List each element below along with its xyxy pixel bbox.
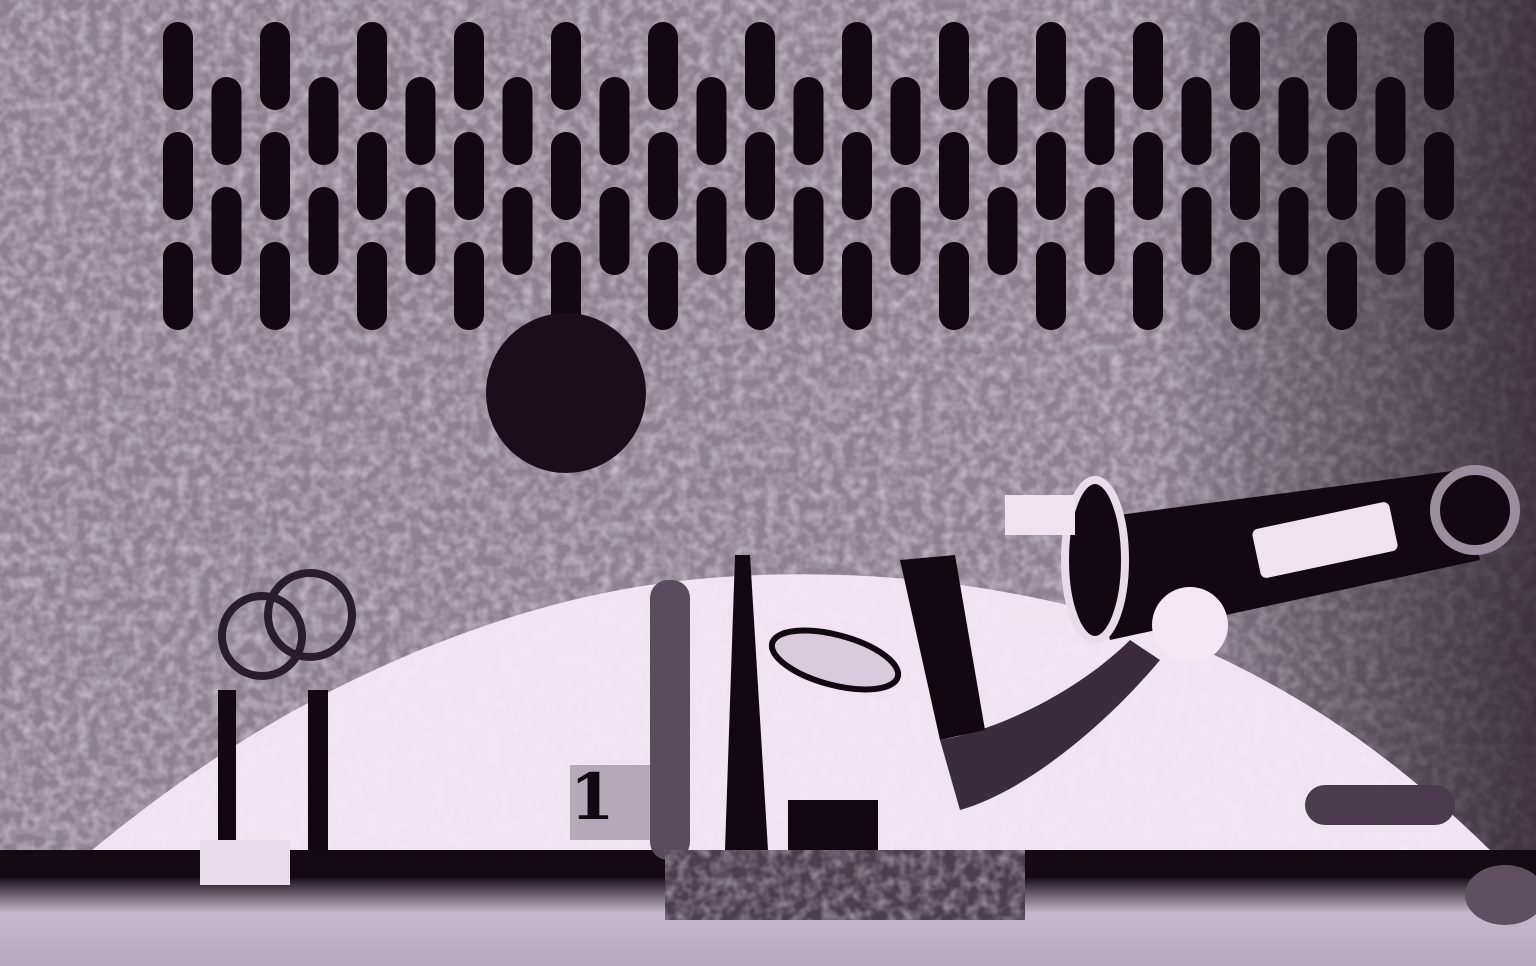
block-label: 1 (570, 760, 615, 835)
scene-graphics (0, 0, 1536, 966)
focus-knob (1152, 587, 1228, 663)
small-sample (1305, 785, 1455, 825)
grille-hole (486, 313, 646, 473)
photo-scene: 1 (0, 0, 1536, 966)
instrument-frame (650, 580, 690, 860)
eyepiece-ring (1435, 470, 1515, 550)
